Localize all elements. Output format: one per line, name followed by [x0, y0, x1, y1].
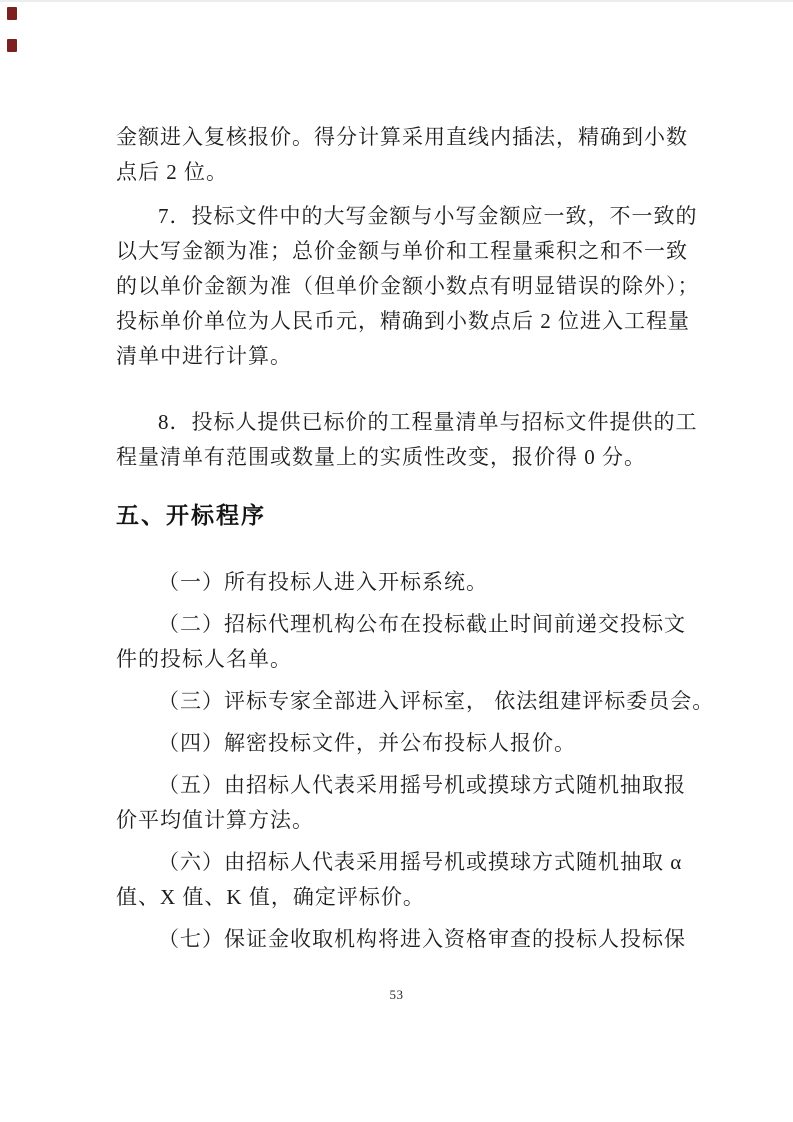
- list-item-line: （四）解密投标文件，并公布投标人报价。: [116, 726, 690, 761]
- list-item-line: 值、X 值、K 值，确定评标价。: [116, 880, 690, 915]
- list-item-5: （五）由招标人代表采用摇号机或摸球方式随机抽取报 价平均值计算方法。: [116, 768, 690, 838]
- list-item-line: （五）由招标人代表采用摇号机或摸球方式随机抽取报: [116, 768, 690, 803]
- list-item-line: （三）评标专家全部进入评标室， 依法组建评标委员会。: [116, 684, 690, 719]
- list-item-line: （一）所有投标人进入开标系统。: [116, 565, 690, 600]
- list-item-line: 件的投标人名单。: [116, 642, 690, 677]
- list-item-line: （二）招标代理机构公布在投标截止时间前递交投标文: [116, 607, 690, 642]
- paragraph-item-7: 7．投标文件中的大写金额与小写金额应一致，不一致的 以大写金额为准；总价金额与单…: [116, 199, 690, 374]
- paragraph-continuation: 金额进入复核报价。得分计算采用直线内插法，精确到小数 点后 2 位。: [116, 120, 690, 190]
- paragraph-line: 以大写金额为准；总价金额与单价和工程量乘积之和不一致: [116, 234, 690, 269]
- list-item-4: （四）解密投标文件，并公布投标人报价。: [116, 726, 690, 761]
- list-item-line: 价平均值计算方法。: [116, 803, 690, 838]
- document-body: 金额进入复核报价。得分计算采用直线内插法，精确到小数 点后 2 位。 7．投标文…: [116, 120, 690, 957]
- document-page: 金额进入复核报价。得分计算采用直线内插法，精确到小数 点后 2 位。 7．投标文…: [0, 0, 793, 1122]
- paragraph-line: 清单中进行计算。: [116, 339, 690, 374]
- paragraph-item-8: 8．投标人提供已标价的工程量清单与招标文件提供的工 程量清单有范围或数量上的实质…: [116, 405, 690, 475]
- section-heading: 五、开标程序: [116, 495, 690, 535]
- list-item-7: （七）保证金收取机构将进入资格审查的投标人投标保: [116, 922, 690, 957]
- list-item-line: （六）由招标人代表采用摇号机或摸球方式随机抽取 α: [116, 845, 690, 880]
- list-item-2: （二）招标代理机构公布在投标截止时间前递交投标文 件的投标人名单。: [116, 607, 690, 677]
- scan-artifact-mark: [7, 7, 17, 20]
- paragraph-line: 的以单价金额为准（但单价金额小数点有明显错误的除外）；: [116, 269, 690, 304]
- list-item-line: （七）保证金收取机构将进入资格审查的投标人投标保: [116, 922, 690, 957]
- paragraph-line: 投标单价单位为人民币元，精确到小数点后 2 位进入工程量: [116, 304, 690, 339]
- list-item-3: （三）评标专家全部进入评标室， 依法组建评标委员会。: [116, 684, 690, 719]
- scan-artifact-mark: [7, 39, 17, 52]
- list-item-1: （一）所有投标人进入开标系统。: [116, 565, 690, 600]
- paragraph-line: 7．投标文件中的大写金额与小写金额应一致，不一致的: [116, 199, 690, 234]
- page-number: 53: [0, 987, 793, 1003]
- paragraph-line: 点后 2 位。: [116, 155, 690, 190]
- paragraph-line: 程量清单有范围或数量上的实质性改变，报价得 0 分。: [116, 440, 690, 475]
- list-item-6: （六）由招标人代表采用摇号机或摸球方式随机抽取 α 值、X 值、K 值，确定评标…: [116, 845, 690, 915]
- paragraph-line: 金额进入复核报价。得分计算采用直线内插法，精确到小数: [116, 120, 690, 155]
- paragraph-line: 8．投标人提供已标价的工程量清单与招标文件提供的工: [116, 405, 690, 440]
